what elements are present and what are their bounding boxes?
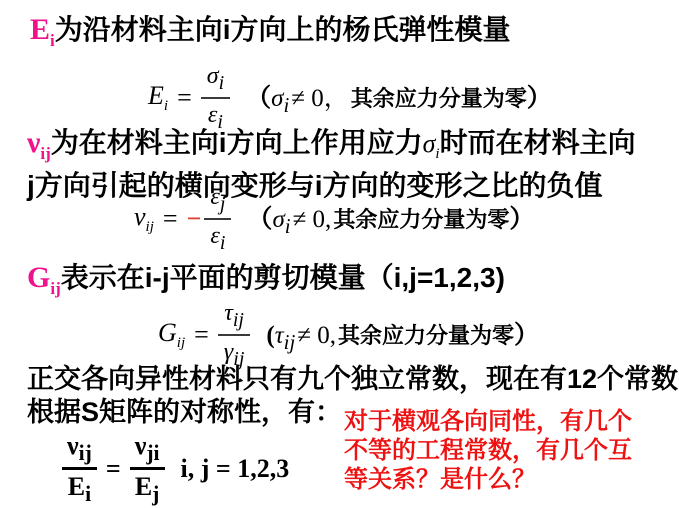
term-nu-subscript: ij bbox=[40, 144, 50, 163]
formula1-fraction: σi εi bbox=[201, 64, 230, 133]
formula4-right-numerator: νji bbox=[130, 432, 165, 470]
formula2-lhs-sub: ij bbox=[146, 219, 154, 235]
formula3-lhs: Gij bbox=[158, 318, 185, 352]
formula2-fraction: εj εi bbox=[204, 185, 231, 254]
heading-shear-text: 表示在i-j平面的剪切模量（i,j=1,2,3) bbox=[61, 262, 505, 293]
formula3-num-base: τ bbox=[224, 300, 233, 326]
formula2-num-base: ε bbox=[210, 184, 219, 210]
close-paren: ） bbox=[527, 85, 552, 112]
formula2-num-sub: j bbox=[220, 193, 226, 215]
formula4-right-denominator: Ej bbox=[130, 470, 165, 506]
open-paren: ( bbox=[266, 322, 274, 349]
heading-poisson-text-b: 时而在材料主向 bbox=[440, 127, 636, 158]
formula3-numerator: τij bbox=[218, 301, 250, 336]
formula1-cond-text: 其余应力分量为零 bbox=[351, 86, 527, 111]
formula-reciprocity: νij Ei = νji Ej i, j = 1,2,3 bbox=[62, 432, 289, 506]
formula4-lden-sub: i bbox=[85, 482, 91, 506]
formula-poisson-ratio: νij = − εj εi （σi≠ 0,其余应力分量为零） bbox=[134, 185, 534, 254]
equals-sign: = bbox=[185, 320, 218, 350]
paragraph-symmetry-line1: 正交各向异性材料只有九个独立常数，现在有12个常数 bbox=[27, 363, 678, 396]
formula3-condition: (τij≠ 0,其余应力分量为零） bbox=[266, 315, 539, 355]
formula3-cond-text: 其余应力分量为零 bbox=[338, 323, 514, 348]
formula4-left-fraction: νij Ei bbox=[62, 432, 97, 506]
formula3-num-sub: ij bbox=[233, 309, 244, 331]
formula2-cond-var: σ bbox=[272, 206, 284, 233]
term-nu-base: ν bbox=[27, 126, 40, 159]
formula3-cond-var: τ bbox=[275, 322, 284, 349]
equals-sign: = bbox=[168, 83, 201, 113]
minus-sign: − bbox=[187, 204, 205, 234]
equals-sign: = bbox=[154, 204, 187, 234]
equals-sign: = bbox=[97, 454, 130, 484]
formula4-index-range: i, j = 1,2,3 bbox=[181, 454, 290, 484]
formula3-lhs-sub: ij bbox=[177, 335, 185, 351]
note-question-line2: 不等的工程常数，有几个互 bbox=[344, 436, 632, 465]
formula2-lhs: νij bbox=[134, 202, 154, 236]
formula1-numerator: σi bbox=[201, 64, 230, 99]
formula1-num-sub: i bbox=[219, 72, 225, 94]
formula2-cond-var-sub: i bbox=[285, 214, 291, 238]
formula2-cond-relation: ≠ 0, bbox=[291, 206, 334, 233]
close-paren: ） bbox=[509, 206, 534, 233]
formula3-den-base: γ bbox=[224, 339, 233, 365]
term-g-subscript: ij bbox=[50, 279, 60, 298]
formula3-lhs-base: G bbox=[158, 318, 177, 347]
open-paren: （ bbox=[246, 85, 271, 112]
formula-youngs-modulus: Ei = σi εi （σi≠ 0，其余应力分量为零） bbox=[148, 64, 552, 133]
formula3-fraction: τij γij bbox=[218, 301, 251, 370]
formula4-lden-base: E bbox=[68, 472, 85, 501]
lecture-slide: Ei为沿材料主向i方向上的杨氏弹性模量 Ei = σi εi （σi≠ 0，其余… bbox=[0, 0, 679, 508]
formula1-num-base: σ bbox=[207, 63, 219, 89]
formula3-cond-relation: ≠ 0, bbox=[295, 322, 338, 349]
formula4-right-fraction: νji Ej bbox=[130, 432, 165, 506]
formula1-lhs-base: E bbox=[148, 81, 164, 110]
term-nu-ij: νij bbox=[27, 126, 51, 159]
inline-sigma-base: σ bbox=[423, 129, 436, 158]
term-g-base: G bbox=[27, 261, 50, 294]
formula4-lnum-base: ν bbox=[67, 431, 79, 460]
formula2-lhs-base: ν bbox=[134, 202, 146, 231]
formula1-cond-relation: ≠ 0， bbox=[289, 85, 350, 112]
formula2-denominator: εi bbox=[204, 220, 231, 254]
term-g-ij: Gij bbox=[27, 261, 61, 294]
formula4-rden-sub: j bbox=[152, 482, 159, 506]
formula1-lhs: Ei bbox=[148, 81, 168, 115]
heading-shear-modulus: Gij表示在i-j平面的剪切模量（i,j=1,2,3) bbox=[27, 262, 505, 304]
formula1-cond-var: σ bbox=[271, 85, 283, 112]
formula4-rden-base: E bbox=[135, 472, 152, 501]
formula2-cond-text: 其余应力分量为零 bbox=[333, 207, 509, 232]
close-paren: ） bbox=[514, 322, 539, 349]
formula2-den-sub: i bbox=[220, 232, 226, 254]
formula3-cond-var-sub: ij bbox=[284, 330, 296, 354]
heading-poisson-line1: νij为在材料主向i方向上作用应力σi时而在材料主向 bbox=[27, 127, 636, 170]
heading-poisson-text-a: 为在材料主向i方向上作用应力 bbox=[51, 127, 423, 158]
formula2-condition: （σi≠ 0,其余应力分量为零） bbox=[247, 199, 534, 239]
note-question: 对于横观各向同性，有几个 不等的工程常数，有几个互 等关系？是什么？ bbox=[344, 407, 632, 494]
formula4-left-denominator: Ei bbox=[63, 470, 96, 506]
formula2-den-base: ε bbox=[210, 223, 219, 249]
formula4-rnum-base: ν bbox=[135, 431, 147, 460]
term-e-base: E bbox=[30, 13, 50, 46]
formula4-left-numerator: νij bbox=[62, 432, 97, 470]
formula2-numerator: εj bbox=[204, 185, 231, 220]
formula-shear-modulus: Gij = τij γij (τij≠ 0,其余应力分量为零） bbox=[158, 301, 539, 370]
note-question-line1: 对于横观各向同性，有几个 bbox=[344, 407, 632, 436]
heading-youngs-modulus: Ei为沿材料主向i方向上的杨氏弹性模量 bbox=[30, 14, 511, 56]
formula4-rnum-sub: ji bbox=[146, 441, 159, 465]
formula1-condition: （σi≠ 0，其余应力分量为零） bbox=[246, 78, 552, 118]
heading-youngs-text: 为沿材料主向i方向上的杨氏弹性模量 bbox=[55, 14, 511, 45]
term-e-i: Ei bbox=[30, 13, 55, 46]
inline-sigma-i: σi bbox=[423, 129, 440, 158]
formula4-lnum-sub: ij bbox=[79, 441, 92, 465]
open-paren: （ bbox=[247, 206, 272, 233]
formula1-den-base: ε bbox=[208, 102, 217, 128]
note-question-line3: 等关系？是什么？ bbox=[344, 465, 632, 494]
